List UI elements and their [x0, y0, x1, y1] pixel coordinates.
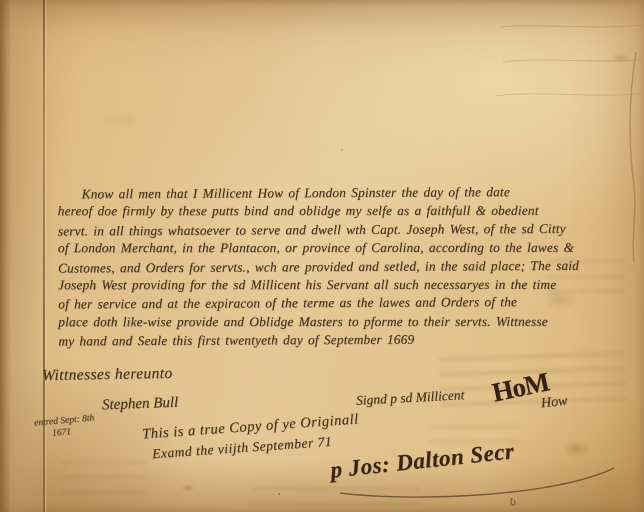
manuscript-photo: Know all men that I Millicent How of Lon… [0, 0, 644, 512]
body-line: hereof doe firmly by these putts bind an… [58, 202, 640, 221]
witness-signature-stephen-bull: Stephen Bull [102, 395, 179, 415]
body-line: servt. in all things whatsoever to serve… [58, 219, 640, 240]
body-line: place doth like-wise provide and Oblidge… [58, 313, 640, 332]
paper-margin-band [10, 0, 43, 512]
body-line: Customes, and Orders for servts., wch ar… [58, 256, 640, 277]
body-line: my hand and Seale this first twentyeth d… [58, 330, 640, 351]
witnesses-heading: Wittnesses hereunto [42, 365, 173, 385]
vertical-fold-line [43, 0, 45, 512]
margin-entry-year: 1671 [52, 427, 72, 439]
body-line: of London Merchant, in the Plantacon, or… [58, 239, 640, 258]
indenture-body-text: Know all men that I Millicent How of Lon… [58, 182, 641, 351]
millicent-how-surname: How [540, 394, 568, 413]
body-line: of her service and at the expiracon of t… [58, 293, 640, 314]
body-line: Know all men that I Millicent How of Lon… [82, 182, 640, 203]
body-line: Joseph West providing for the sd Millice… [58, 276, 640, 295]
